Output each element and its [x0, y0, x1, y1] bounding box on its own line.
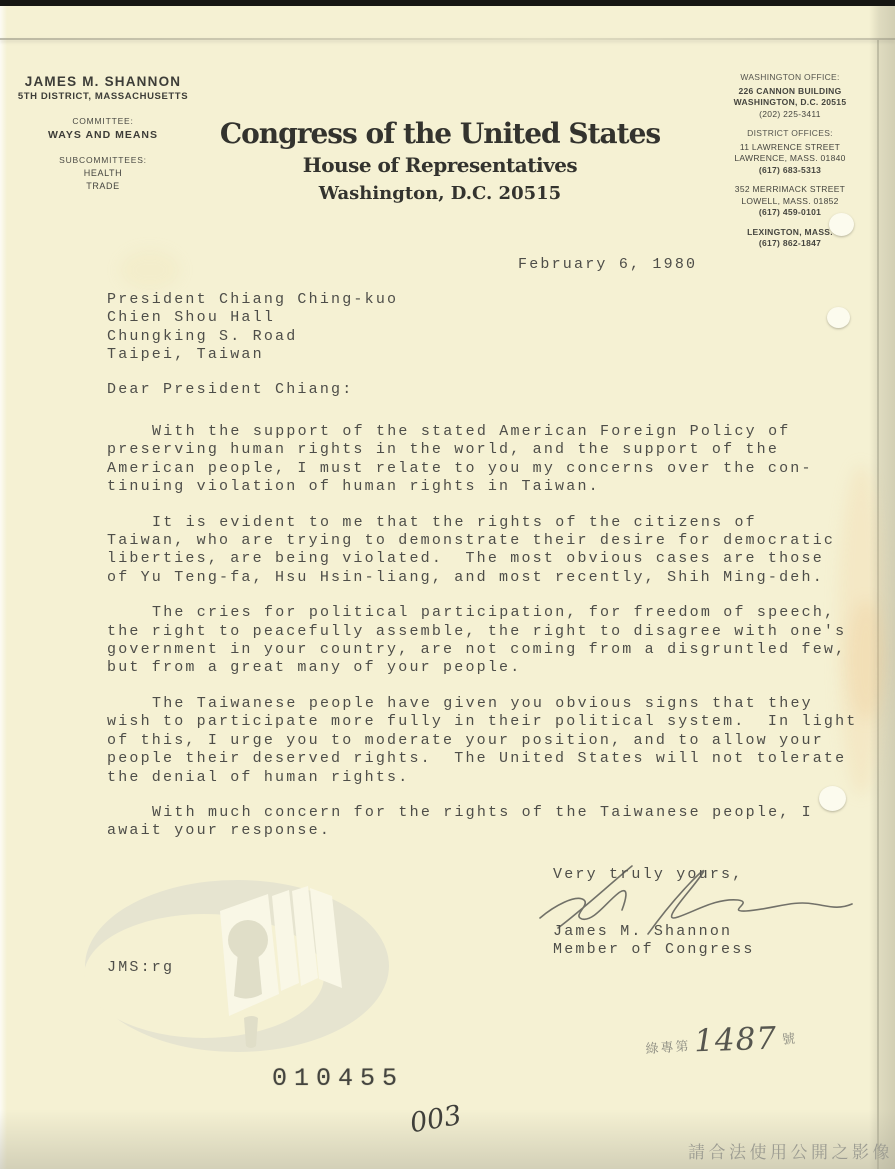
letter-paragraph: The cries for political participation, f…: [107, 604, 877, 678]
letter-paragraph: It is evident to me that the rights of t…: [107, 514, 877, 588]
office-line: 226 CANNON BUILDING: [698, 86, 882, 98]
recipient-line: Chungking S. Road: [107, 328, 398, 346]
paragraph-line: American people, I must relate to you my…: [107, 460, 877, 478]
paragraph-line: It is evident to me that the rights of t…: [107, 514, 877, 532]
office-line: LOWELL, MASS. 01852: [698, 196, 882, 208]
office-line: (617) 862-1847: [698, 238, 882, 250]
paper-stain: [120, 250, 180, 290]
washington-office-label: WASHINGTON OFFICE:: [698, 72, 882, 84]
paragraph-line: government in your country, are not comi…: [107, 641, 877, 659]
office-line: (617) 683-5313: [698, 165, 882, 177]
office-line: 352 MERRIMACK STREET: [698, 184, 882, 196]
punch-hole: [827, 307, 850, 328]
office-line: (617) 459-0101: [698, 207, 882, 219]
office-line: (202) 225-3411: [698, 109, 882, 121]
member-district: 5TH DISTRICT, MASSACHUSETTS: [8, 91, 198, 102]
paragraph-line: preserving human rights in the world, an…: [107, 441, 877, 459]
washington-line: Washington, D.C. 20515: [160, 180, 720, 207]
scan-left-edge: [0, 6, 7, 1169]
paragraph-line: of this, I urge you to moderate your pos…: [107, 732, 877, 750]
paragraph-line: liberties, are being violated. The most …: [107, 550, 877, 568]
paragraph-line: wish to participate more fully in their …: [107, 713, 877, 731]
archive-stamp-prefix: 綠專第: [645, 1039, 691, 1057]
letterhead-title-block: Congress of the United States House of R…: [160, 118, 720, 207]
district-office-group: 352 MERRIMACK STREETLOWELL, MASS. 01852(…: [698, 184, 882, 219]
paragraph-line: the right to peacefully assemble, the ri…: [107, 623, 877, 641]
salutation: Dear President Chiang:: [107, 381, 353, 399]
recipient-line: President Chiang Ching-kuo: [107, 291, 398, 309]
archive-filing-stamp: 綠專第 1487 號: [644, 1015, 798, 1062]
letter-paragraph: With the support of the stated American …: [107, 423, 877, 497]
office-line: 11 LAWRENCE STREET: [698, 142, 882, 154]
signer-title: Member of Congress: [553, 941, 755, 959]
recipient-address-block: President Chiang Ching-kuoChien Shou Hal…: [107, 291, 398, 365]
paragraph-line: tinuing violation of human rights in Tai…: [107, 478, 877, 496]
paragraph-line: people their deserved rights. The United…: [107, 750, 877, 768]
letter-paragraph: With much concern for the rights of the …: [107, 804, 877, 841]
paragraph-line: The Taiwanese people have given you obvi…: [107, 695, 877, 713]
archive-stamp-suffix: 號: [782, 1032, 798, 1048]
congress-title: Congress of the United States: [160, 118, 720, 150]
paragraph-line: With the support of the stated American …: [107, 423, 877, 441]
washington-office-group: WASHINGTON OFFICE:226 CANNON BUILDINGWAS…: [698, 72, 882, 120]
paragraph-line: of Yu Teng-fa, Hsu Hsin-liang, and most …: [107, 569, 877, 587]
letter-date: February 6, 1980: [518, 256, 697, 274]
reference-initials: JMS:rg: [107, 959, 174, 977]
signer-name: James M. Shannon: [553, 923, 755, 941]
office-line: LAWRENCE, MASS. 01840: [698, 153, 882, 165]
letterhead-offices-block: WASHINGTON OFFICE:226 CANNON BUILDINGWAS…: [698, 72, 882, 258]
usage-notice-watermark: 請合法使用公開之影像: [688, 1138, 893, 1163]
scan-top-edge: [0, 0, 895, 6]
paragraph-line: await your response.: [107, 822, 877, 840]
recipient-line: Chien Shou Hall: [107, 309, 398, 327]
letter-paragraph: The Taiwanese people have given you obvi…: [107, 695, 877, 787]
member-name: JAMES M. SHANNON: [8, 74, 198, 89]
paragraph-line: the denial of human rights.: [107, 769, 877, 787]
scan-fold-line: [0, 38, 895, 40]
district-office-group: 11 LAWRENCE STREETLAWRENCE, MASS. 01840(…: [698, 142, 882, 177]
punch-hole: [819, 786, 846, 811]
recipient-line: Taipei, Taiwan: [107, 346, 398, 364]
house-subtitle: House of Representatives: [160, 150, 720, 180]
paragraph-line: With much concern for the rights of the …: [107, 804, 877, 822]
letter-body: With the support of the stated American …: [107, 423, 877, 858]
district-offices-label: DISTRICT OFFICES:: [698, 128, 882, 140]
paragraph-line: The cries for political participation, f…: [107, 604, 877, 622]
office-line: WASHINGTON, D.C. 20515: [698, 97, 882, 109]
scanned-letter-page: JAMES M. SHANNON 5TH DISTRICT, MASSACHUS…: [0, 0, 895, 1169]
paragraph-line: Taiwan, who are trying to demonstrate th…: [107, 532, 877, 550]
office-line: LEXINGTON, MASS.: [698, 227, 882, 239]
signature-block: James M. Shannon Member of Congress: [553, 923, 755, 960]
punch-hole: [829, 213, 854, 236]
paragraph-line: but from a great many of your people.: [107, 659, 877, 677]
document-number-stamp: 010455: [272, 1064, 404, 1093]
archive-stamp-number: 1487: [694, 1021, 778, 1060]
district-office-group: LEXINGTON, MASS.(617) 862-1847: [698, 227, 882, 250]
